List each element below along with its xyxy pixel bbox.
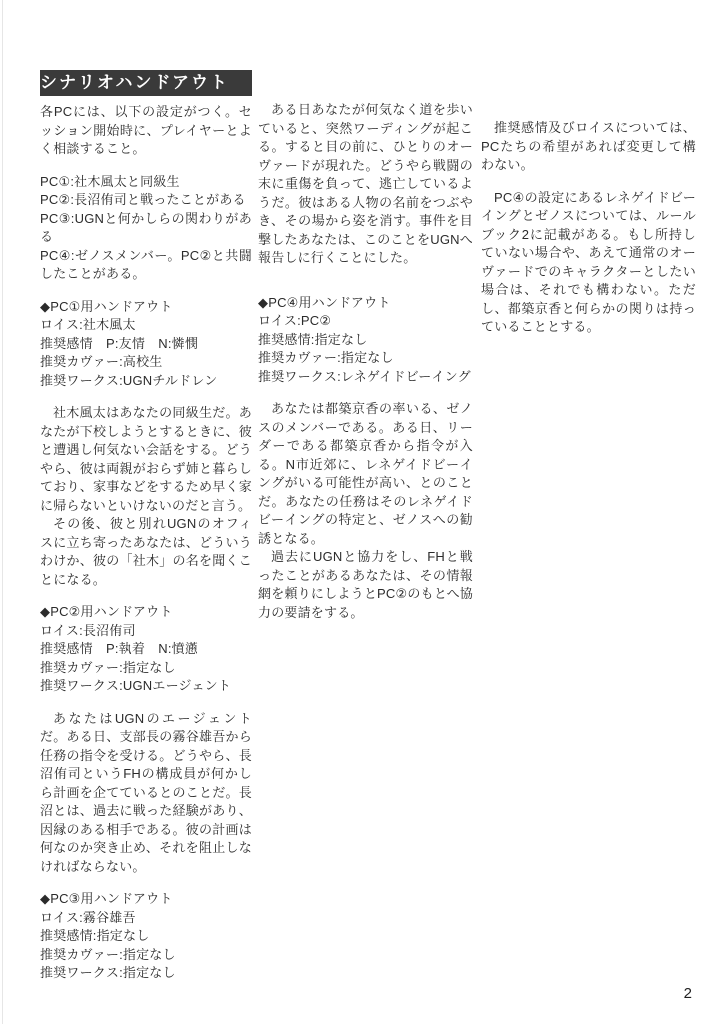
note-paragraph: 推奨感情及びロイスについては、PCたちの希望があれば変更して構わない。 bbox=[481, 119, 696, 175]
handout-heading: ◆PC②用ハンドアウト bbox=[40, 603, 252, 622]
column-left: シナリオハンドアウト 各PCには、以下の設定がつく。セッション開始時に、プレイヤ… bbox=[40, 70, 252, 983]
scan-edge-artifact bbox=[2, 0, 3, 1024]
handout-pc3: ◆PC③用ハンドアウト ロイス:霧谷雄吾 推奨感情:指定なし 推奨カヴァー:指定… bbox=[40, 890, 252, 983]
column-middle: ある日あなたが何気なく道を歩いていると、突然ワーディングが起こる。すると目の前に… bbox=[258, 101, 473, 622]
document-page: シナリオハンドアウト 各PCには、以下の設定がつく。セッション開始時に、プレイヤ… bbox=[0, 0, 724, 1024]
lois-line: ロイス:社木風太 bbox=[40, 316, 252, 335]
handout-pc1-body: 社木風太はあなたの同級生だ。あなたが下校しようとするときに、彼と遭遇し何気ない会… bbox=[40, 404, 252, 589]
body-paragraph: ある日あなたが何気なく道を歩いていると、突然ワーディングが起こる。すると目の前に… bbox=[258, 101, 473, 268]
handout-pc1: ◆PC①用ハンドアウト ロイス:社木風太 推奨感情 P:友情 N:憐憫 推奨カヴ… bbox=[40, 298, 252, 391]
handout-pc4: ◆PC④用ハンドアウト ロイス:PC② 推奨感情:指定なし 推奨カヴァー:指定な… bbox=[258, 294, 473, 387]
pc-settings-list: PC①:社木風太と同級生 PC②:長沼侑司と戦ったことがある PC③:UGNと何… bbox=[40, 173, 252, 284]
emotion-line: 推奨感情:指定なし bbox=[258, 331, 473, 350]
column-right: 推奨感情及びロイスについては、PCたちの希望があれば変更して構わない。 PC④の… bbox=[481, 119, 696, 337]
note-paragraph: PC④の設定にあるレネゲイドビーイングとゼノスについては、ルールブック2に記載が… bbox=[481, 189, 696, 337]
note-block: PC④の設定にあるレネゲイドビーイングとゼノスについては、ルールブック2に記載が… bbox=[481, 189, 696, 337]
works-line: 推奨ワークス:UGNエージェント bbox=[40, 677, 252, 696]
body-paragraph: あなたは都築京香の率いる、ゼノスのメンバーである。ある日、リーダーである都築京香… bbox=[258, 400, 473, 548]
handout-heading: ◆PC④用ハンドアウト bbox=[258, 294, 473, 313]
page-title: シナリオハンドアウト bbox=[40, 70, 252, 96]
pc-setting-item: PC②:長沼侑司と戦ったことがある bbox=[40, 191, 252, 210]
intro-paragraph: 各PCには、以下の設定がつく。セッション開始時に、プレイヤーとよく相談すること。 bbox=[40, 103, 252, 159]
handout-heading: ◆PC①用ハンドアウト bbox=[40, 298, 252, 317]
pc-setting-item: PC④:ゼノスメンバー。PC②と共闘したことがある。 bbox=[40, 247, 252, 284]
works-line: 推奨ワークス:レネゲイドビーイング bbox=[258, 368, 473, 387]
handout-pc4-body: あなたは都築京香の率いる、ゼノスのメンバーである。ある日、リーダーである都築京香… bbox=[258, 400, 473, 622]
cover-line: 推奨カヴァー:指定なし bbox=[40, 659, 252, 678]
body-paragraph: 過去にUGNと協力をし、FHと戦ったことがあるあなたは、その情報網を頼りにしよう… bbox=[258, 548, 473, 622]
pc-setting-item: PC③:UGNと何かしらの関わりがある bbox=[40, 210, 252, 247]
body-paragraph: あなたはUGNのエージェントだ。ある日、支部長の霧谷雄吾から任務の指令を受ける。… bbox=[40, 710, 252, 877]
emotion-line: 推奨感情:指定なし bbox=[40, 927, 252, 946]
cover-line: 推奨カヴァー:指定なし bbox=[40, 946, 252, 965]
handout-pc2-body: あなたはUGNのエージェントだ。ある日、支部長の霧谷雄吾から任務の指令を受ける。… bbox=[40, 710, 252, 877]
lois-line: ロイス:PC② bbox=[258, 312, 473, 331]
works-line: 推奨ワークス:指定なし bbox=[40, 964, 252, 983]
handout-pc2: ◆PC②用ハンドアウト ロイス:長沼侑司 推奨感情 P:執着 N:憤懣 推奨カヴ… bbox=[40, 603, 252, 696]
emotion-line: 推奨感情 P:友情 N:憐憫 bbox=[40, 335, 252, 354]
handout-heading: ◆PC③用ハンドアウト bbox=[40, 890, 252, 909]
works-line: 推奨ワークス:UGNチルドレン bbox=[40, 372, 252, 391]
pc-setting-item: PC①:社木風太と同級生 bbox=[40, 173, 252, 192]
lois-line: ロイス:長沼侑司 bbox=[40, 622, 252, 641]
cover-line: 推奨カヴァー:高校生 bbox=[40, 353, 252, 372]
body-paragraph: 社木風太はあなたの同級生だ。あなたが下校しようとするときに、彼と遭遇し何気ない会… bbox=[40, 404, 252, 515]
body-paragraph: その後、彼と別れUGNのオフィスに立ち寄ったあなたは、どういうわけか、彼の「社木… bbox=[40, 515, 252, 589]
emotion-line: 推奨感情 P:執着 N:憤懣 bbox=[40, 640, 252, 659]
cover-line: 推奨カヴァー:指定なし bbox=[258, 349, 473, 368]
lois-line: ロイス:霧谷雄吾 bbox=[40, 909, 252, 928]
page-number: 2 bbox=[684, 985, 692, 1002]
